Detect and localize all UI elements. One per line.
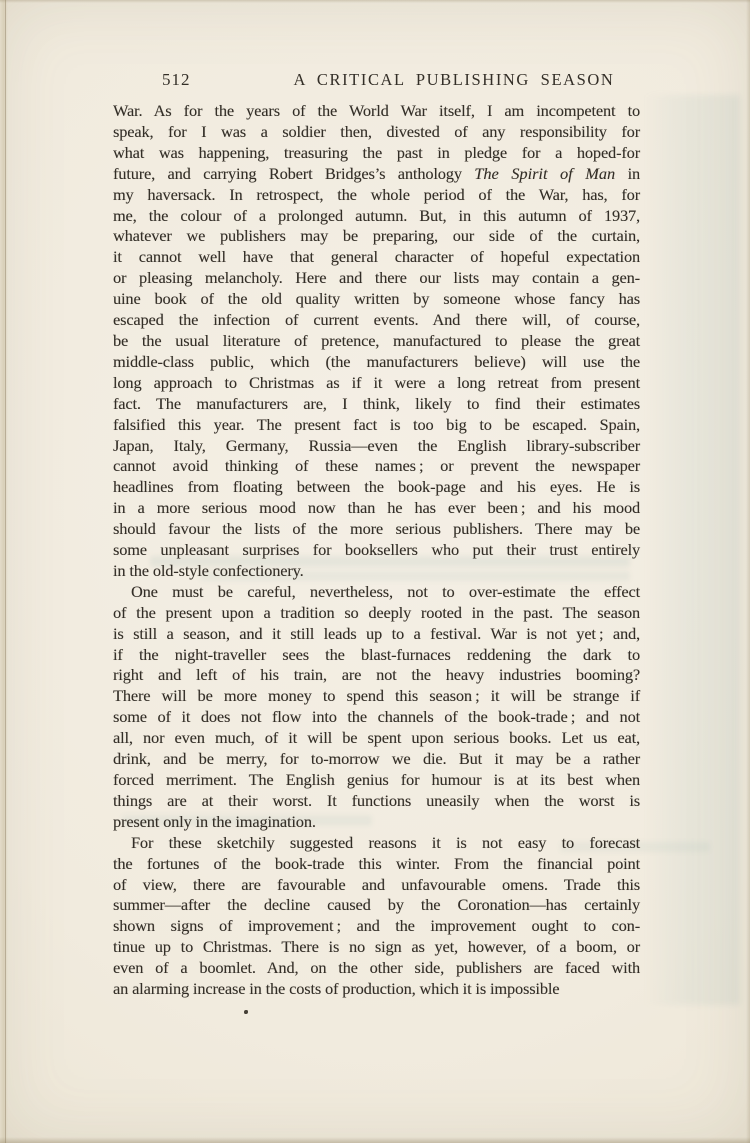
text-line: me, the colour of a prolonged autumn. Bu… <box>113 206 640 227</box>
text-line: escaped the infection of current events.… <box>113 310 640 331</box>
text-line: There will be more money to spend this s… <box>113 686 640 707</box>
text-line: right and left of his train, are not the… <box>113 665 640 686</box>
text-line: what was happening, treasuring the past … <box>113 143 640 164</box>
text-line: long approach to Christmas as if it were… <box>113 373 640 394</box>
text-line: Japan, Italy, Germany, Russia—even the E… <box>113 436 640 457</box>
text-line: present only in the imagination. <box>113 812 640 833</box>
page-number: 512 <box>162 70 191 90</box>
text-line: of the present upon a tradition so deepl… <box>113 603 640 624</box>
text-line: For these sketchily suggested reasons it… <box>113 833 640 854</box>
text-line: some of it does not flow into the channe… <box>113 707 640 728</box>
text-line: drink, and be merry, for to-morrow we di… <box>113 749 640 770</box>
text-line: of view, there are favourable and unfavo… <box>113 875 640 896</box>
text-line: middle-class public, which (the manufact… <box>113 352 640 373</box>
text-line: some unpleasant surprises for bookseller… <box>113 540 640 561</box>
book-page-scan: 512 A CRITICAL PUBLISHING SEASON War. As… <box>0 0 750 1143</box>
page-right-edge-shading <box>746 0 750 1143</box>
text-line: be the usual literature of pretence, man… <box>113 331 640 352</box>
text-line: or pleasing melancholy. Here and there o… <box>113 268 640 289</box>
text-line: cannot avoid thinking of these names ; o… <box>113 456 640 477</box>
text-line: things are at their worst. It functions … <box>113 791 640 812</box>
text-line: headlines from floating between the book… <box>113 477 640 498</box>
text-line: should favour the lists of the more seri… <box>113 519 640 540</box>
page-top-edge-shading <box>0 0 750 3</box>
text-line: future, and carrying Robert Bridges’s an… <box>113 164 640 185</box>
text-line: tinue up to Christmas. There is no sign … <box>113 937 640 958</box>
text-line: even of a boomlet. And, on the other sid… <box>113 958 640 979</box>
page-left-crease-line <box>5 0 6 1143</box>
text-line: an alarming increase in the costs of pro… <box>113 979 640 1000</box>
text-line: all, nor even much, of it will be spent … <box>113 728 640 749</box>
text-line: shown signs of improvement ; and the imp… <box>113 916 640 937</box>
show-through-right-band <box>645 95 740 1005</box>
text-line: uine book of the old quality written by … <box>113 289 640 310</box>
text-line: in the old-style confectionery. <box>113 561 640 582</box>
text-line: it cannot well have that general charact… <box>113 247 640 268</box>
text-line: in a more serious mood now than he has e… <box>113 498 640 519</box>
text-line: fact. The manufacturers are, I think, li… <box>113 394 640 415</box>
text-line: summer—after the decline caused by the C… <box>113 895 640 916</box>
running-title: A CRITICAL PUBLISHING SEASON <box>268 70 640 90</box>
page-left-edge-shading <box>0 0 8 1143</box>
text-line: falsified this year. The present fact is… <box>113 415 640 436</box>
text-line: is still a season, and it still leads up… <box>113 624 640 645</box>
text-line: speak, for I was a soldier then, diveste… <box>113 122 640 143</box>
text-line: forced merriment. The English genius for… <box>113 770 640 791</box>
text-line: War. As for the years of the World War i… <box>113 101 640 122</box>
text-line: the fortunes of the book-trade this wint… <box>113 854 640 875</box>
running-head: 512 A CRITICAL PUBLISHING SEASON <box>113 70 640 94</box>
text-line: whatever we publishers may be preparing,… <box>113 226 640 247</box>
text-line: One must be careful, nevertheless, not t… <box>113 582 640 603</box>
page-bottom-edge-shading <box>0 1137 750 1143</box>
body-text-block: War. As for the years of the World War i… <box>113 101 640 1000</box>
ink-speck <box>244 1010 248 1014</box>
text-line: if the night-traveller sees the blast-fu… <box>113 645 640 666</box>
text-line: my haversack. In retrospect, the whole p… <box>113 185 640 206</box>
